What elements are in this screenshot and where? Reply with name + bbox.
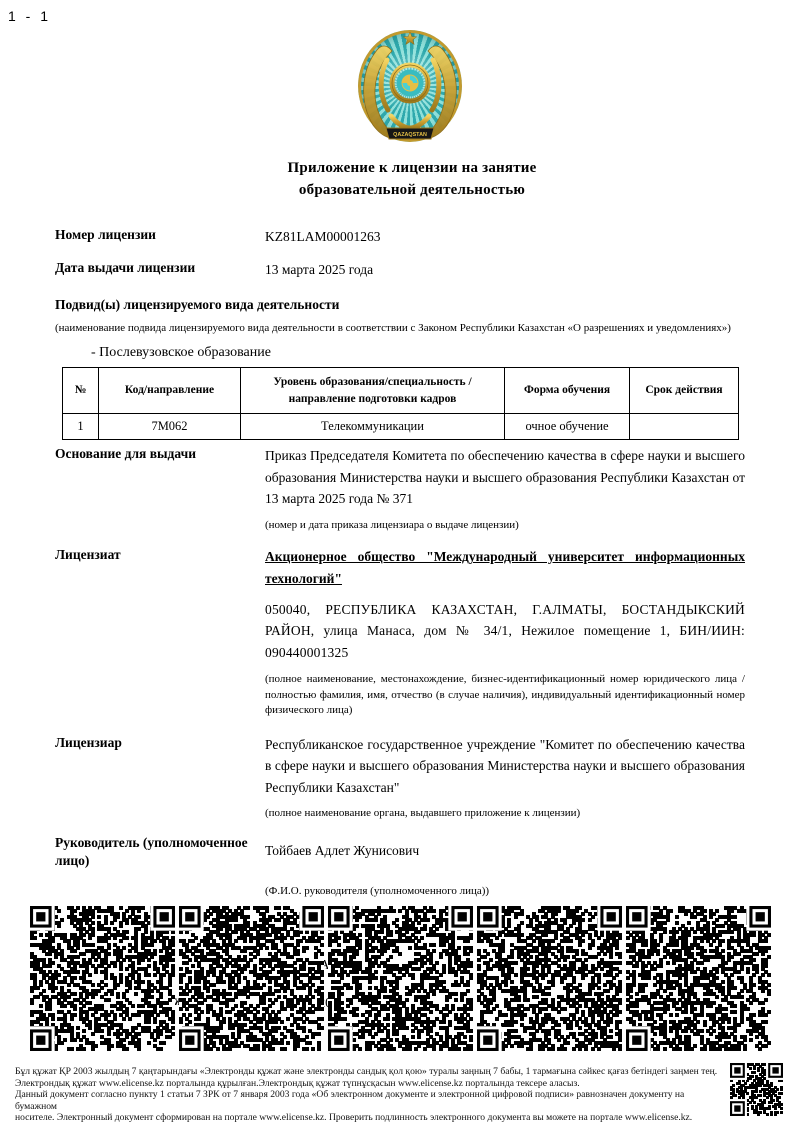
table-cell-code: 7M062	[99, 414, 241, 440]
legal-footer: Бұл құжат ҚР 2003 жылдың 7 қаңтарындағы …	[15, 1066, 721, 1123]
footer-line-ru-2: носителе. Электронный документ сформиров…	[15, 1112, 721, 1123]
qr-code-5	[626, 906, 771, 1051]
footer-line-kk-1: Бұл құжат ҚР 2003 жылдың 7 қаңтарындағы …	[15, 1066, 721, 1078]
table-row: 1 7M062 Телекоммуникации очное обучение	[63, 414, 739, 440]
footer-line-ru-1: Данный документ согласно пункту 1 статьи…	[15, 1089, 721, 1112]
subtype-note: (наименование подвида лицензируемого вид…	[55, 321, 745, 336]
education-programs-table: № Код/направление Уровень образования/сп…	[62, 367, 739, 440]
table-cell-number: 1	[63, 414, 99, 440]
licensor-value: Республиканское государственное учрежден…	[265, 734, 745, 799]
table-header-row: № Код/направление Уровень образования/сп…	[63, 368, 739, 414]
head-value: Тойбаев Адлет Жунисович	[265, 834, 745, 862]
document-title: Приложение к лицензии на занятие образов…	[262, 158, 562, 202]
license-appendix-page: 1 - 1	[0, 0, 794, 1123]
signature-qr-strip	[30, 906, 771, 1051]
licensee-note: (полное наименование, местонахождение, б…	[265, 672, 745, 718]
license-date-value: 13 марта 2025 года	[265, 259, 745, 281]
table-header-code: Код/направление	[99, 368, 241, 414]
licensee-address: 050040, РЕСПУБЛИКА КАЗАХСТАН, Г.АЛМАТЫ, …	[265, 599, 745, 664]
qr-code-1	[30, 906, 175, 1051]
basis-row: Основание для выдачи Приказ Председателя…	[55, 445, 745, 510]
license-date-row: Дата выдачи лицензии 13 марта 2025 года	[55, 259, 745, 281]
document-body: Номер лицензии KZ81LAM00001263 Дата выда…	[0, 226, 794, 1014]
kazakhstan-emblem-icon: QAZAQSTAN	[357, 28, 463, 146]
head-row: Руководитель (уполномоченное лицо) Тойба…	[55, 834, 745, 870]
license-number-label: Номер лицензии	[55, 226, 265, 244]
licensor-row: Лицензиар Республиканское государственно…	[55, 734, 745, 799]
table-cell-level: Телекоммуникации	[241, 414, 505, 440]
license-number-row: Номер лицензии KZ81LAM00001263	[55, 226, 745, 248]
licensee-name: Акционерное общество "Международный унив…	[265, 546, 745, 589]
basis-label: Основание для выдачи	[55, 445, 265, 463]
table-header-term: Срок действия	[630, 368, 739, 414]
subtype-item: - Послевузовское образование	[55, 345, 745, 361]
table-cell-term	[630, 414, 739, 440]
subtype-heading: Подвид(ы) лицензируемого вида деятельнос…	[55, 296, 745, 314]
licensee-label: Лицензиат	[55, 546, 265, 564]
head-label: Руководитель (уполномоченное лицо)	[55, 834, 265, 870]
emblem-ornaments: QAZAQSTAN	[357, 28, 463, 146]
table-header-level: Уровень образования/специальность / напр…	[241, 368, 505, 414]
basis-value: Приказ Председателя Комитета по обеспече…	[265, 445, 745, 510]
table-header-form: Форма обучения	[505, 368, 630, 414]
head-note: (Ф.И.О. руководителя (уполномоченного ли…	[265, 884, 745, 899]
licensor-label: Лицензиар	[55, 734, 265, 752]
qr-code-3	[328, 906, 473, 1051]
qr-code-small	[730, 1063, 783, 1116]
page-number: 1 - 1	[8, 8, 51, 24]
verification-qr-code	[730, 1063, 783, 1116]
table-cell-form: очное обучение	[505, 414, 630, 440]
licensee-row: Лицензиат Акционерное общество "Междунар…	[55, 546, 745, 589]
qr-code-4	[477, 906, 622, 1051]
qr-code-2	[179, 906, 324, 1051]
table-header-number: №	[63, 368, 99, 414]
basis-note: (номер и дата приказа лицензиара о выдач…	[265, 518, 745, 533]
license-date-label: Дата выдачи лицензии	[55, 259, 265, 277]
footer-line-kk-2: Электрондық құжат www.elicense.kz портал…	[15, 1078, 721, 1090]
license-number-value: KZ81LAM00001263	[265, 226, 745, 248]
licensor-note: (полное наименование органа, выдавшего п…	[265, 806, 745, 821]
emblem-banner-text: QAZAQSTAN	[393, 132, 427, 138]
